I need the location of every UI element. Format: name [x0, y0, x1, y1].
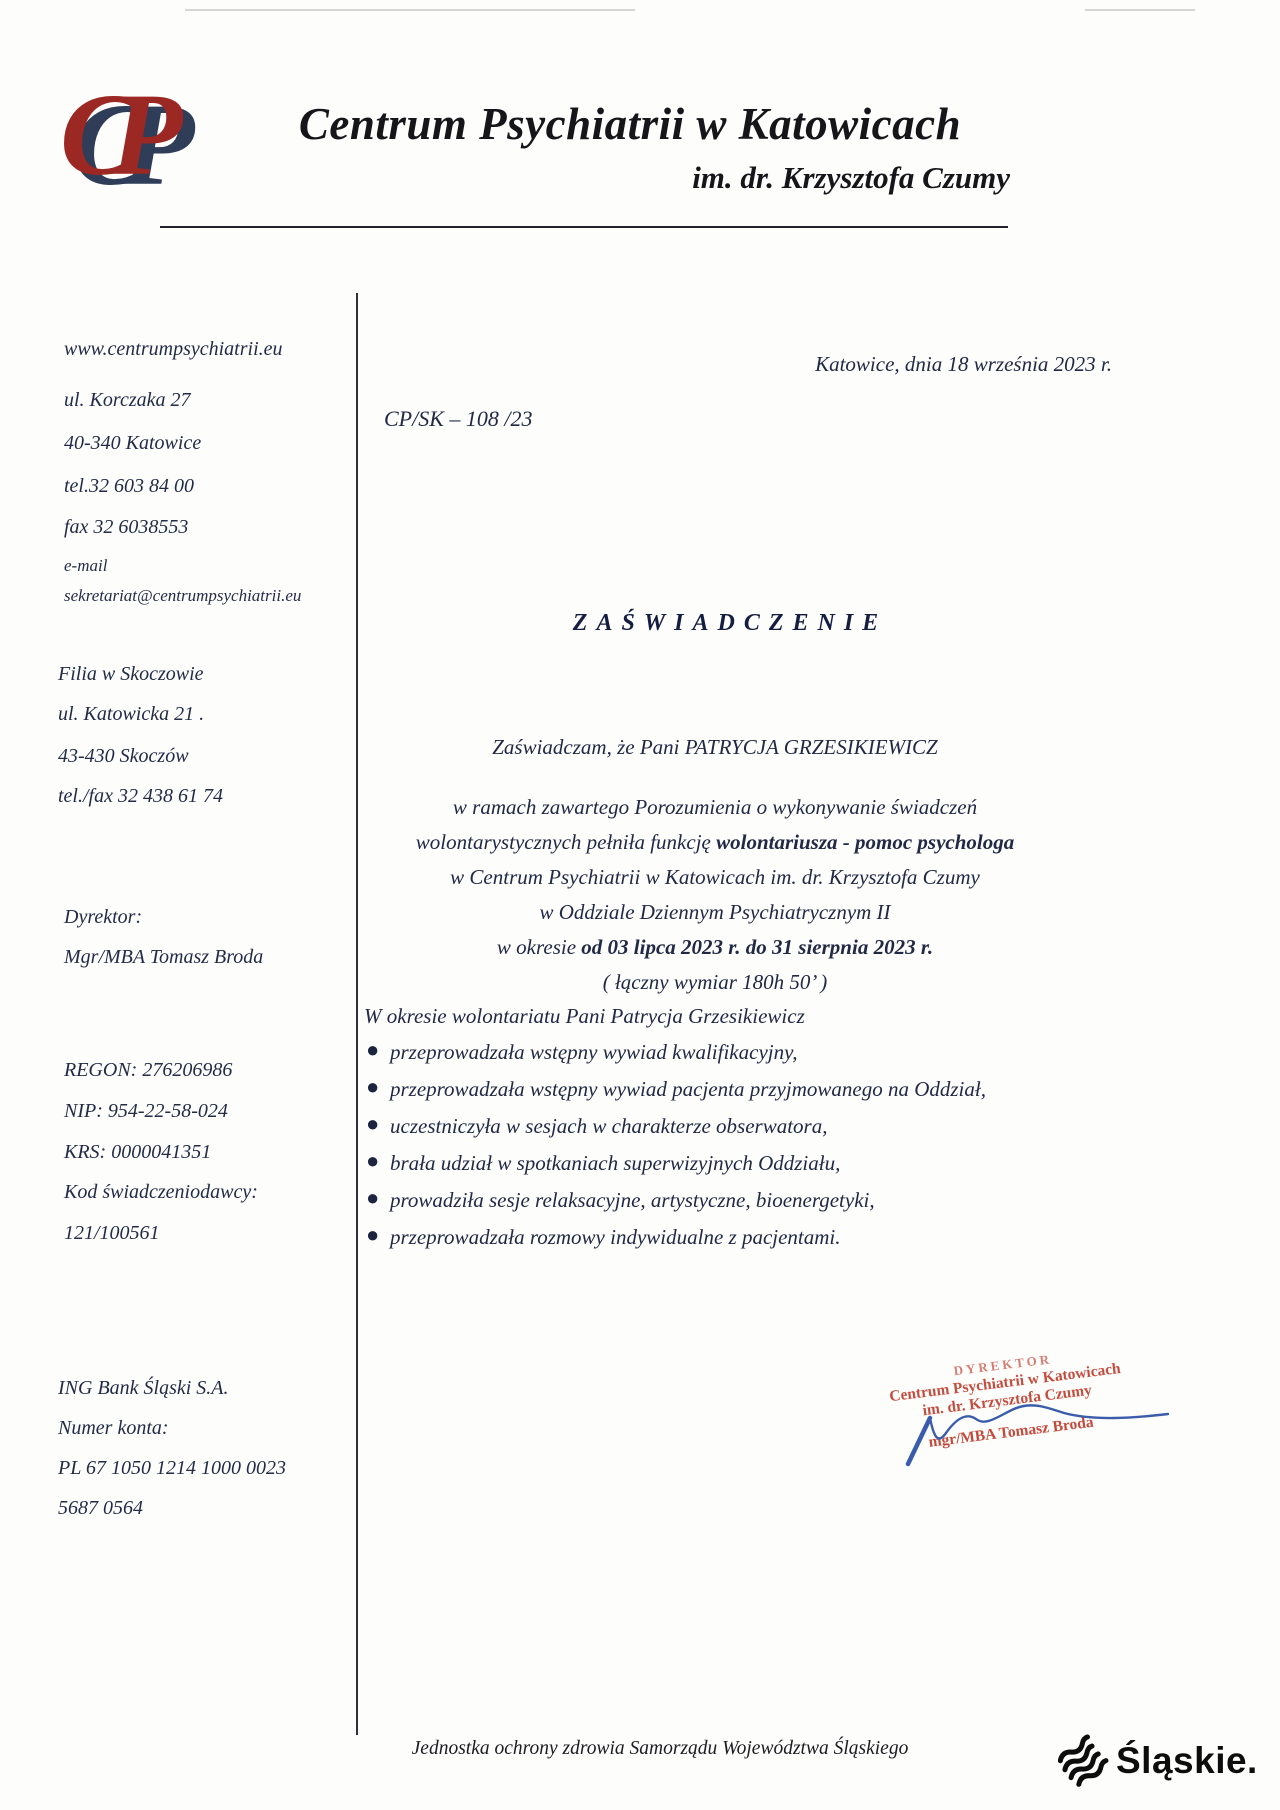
director-label: Dyrektor: [64, 906, 142, 929]
scan-artifact-line [1085, 9, 1195, 11]
address-city: 40-340 Katowice [64, 432, 201, 455]
body-line1: w ramach zawartego Porozumienia o wykony… [453, 795, 977, 819]
website: www.centrumpsychiatrii.eu [64, 338, 283, 361]
organization-subtitle: im. dr. Krzysztofa Czumy [240, 160, 1010, 196]
list-item: ●przeprowadzała rozmowy indywidualne z p… [364, 1225, 1084, 1250]
body-line6: ( łączny wymiar 180h 50’ ) [603, 970, 828, 994]
body-line3: w Centrum Psychiatrii w Katowicach im. d… [450, 865, 980, 889]
header-divider [160, 226, 1008, 228]
branch-city: 43-430 Skoczów [58, 745, 189, 768]
email-label: e-mail [64, 556, 107, 576]
body-line5: w okresie od 03 lipca 2023 r. do 31 sier… [497, 935, 933, 959]
cp-logo-letters: CP [60, 76, 154, 194]
role-bold: wolontariusza - pomoc psychologa [716, 830, 1014, 854]
list-item: ●przeprowadzała wstępny wywiad pacjenta … [364, 1077, 1084, 1102]
bullet-icon: ● [366, 1074, 379, 1099]
bullet-icon: ● [366, 1111, 379, 1136]
column-divider [356, 293, 358, 1735]
phone: tel.32 603 84 00 [64, 475, 194, 498]
account-number-line2: 5687 0564 [58, 1497, 143, 1520]
slaskie-logo: Śląskie. [1058, 1732, 1268, 1796]
body-paragraph: w ramach zawartego Porozumienia o wykony… [360, 790, 1070, 1000]
bullet-icon: ● [366, 1185, 379, 1210]
bank-name: ING Bank Śląski S.A. [58, 1377, 229, 1400]
account-number-line1: PL 67 1050 1214 1000 0023 [58, 1457, 286, 1480]
list-item: ●uczestniczyła w sesjach w charakterze o… [364, 1114, 1084, 1139]
bullet-icon: ● [366, 1148, 379, 1173]
activities-intro: W okresie wolontariatu Pani Patrycja Grz… [364, 1004, 805, 1029]
list-item: ●brała udział w spotkaniach superwizyjny… [364, 1151, 1084, 1176]
reference-number: CP/SK – 108 /23 [384, 406, 533, 432]
list-item: ●przeprowadzała wstępny wywiad kwalifika… [364, 1040, 1084, 1065]
address-street: ul. Korczaka 27 [64, 389, 190, 412]
branch-phone: tel./fax 32 438 61 74 [58, 785, 223, 808]
cp-logo: CP CP [60, 76, 250, 226]
branch-street: ul. Katowicka 21 . [58, 703, 204, 726]
director-name: Mgr/MBA Tomasz Broda [64, 946, 263, 969]
nip: NIP: 954-22-58-024 [64, 1100, 228, 1123]
branch-name: Filia w Skoczowie [58, 663, 204, 686]
email: sekretariat@centrumpsychiatrii.eu [64, 586, 301, 606]
signature-icon [866, 1388, 1176, 1468]
slaskie-wordmark: Śląskie. [1116, 1740, 1258, 1782]
activities-list: ●przeprowadzała wstępny wywiad kwalifika… [364, 1040, 1084, 1262]
krs: KRS: 0000041351 [64, 1141, 211, 1164]
footer-note: Jednostka ochrony zdrowia Samorządu Woje… [340, 1738, 980, 1760]
body-line2: wolontarystycznych pełniła funkcję wolon… [416, 830, 1014, 854]
list-item: ●prowadziła sesje relaksacyjne, artystyc… [364, 1188, 1084, 1213]
account-label: Numer konta: [58, 1417, 169, 1440]
document-heading: ZAŚWIADCZENIE [380, 610, 1080, 637]
organization-title: Centrum Psychiatrii w Katowicach [240, 98, 1020, 150]
bullet-icon: ● [366, 1222, 379, 1247]
slaskie-waves-icon [1058, 1734, 1112, 1792]
provider-code-label: Kod świadczeniodawcy: [64, 1181, 258, 1204]
scan-artifact-line [185, 9, 635, 11]
period-bold: od 03 lipca 2023 r. do 31 sierpnia 2023 … [581, 935, 933, 959]
date-line: Katowice, dnia 18 września 2023 r. [700, 352, 1112, 377]
provider-code: 121/100561 [64, 1222, 160, 1245]
certificate-document: CP CP Centrum Psychiatrii w Katowicach i… [0, 0, 1280, 1810]
fax: fax 32 6038553 [64, 516, 188, 539]
regon: REGON: 276206986 [64, 1059, 232, 1082]
body-line4: w Oddziale Dziennym Psychiatrycznym II [539, 900, 890, 924]
statement-line: Zaświadczam, że Pani PATRYCJA GRZESIKIEW… [365, 735, 1065, 760]
bullet-icon: ● [366, 1037, 379, 1062]
